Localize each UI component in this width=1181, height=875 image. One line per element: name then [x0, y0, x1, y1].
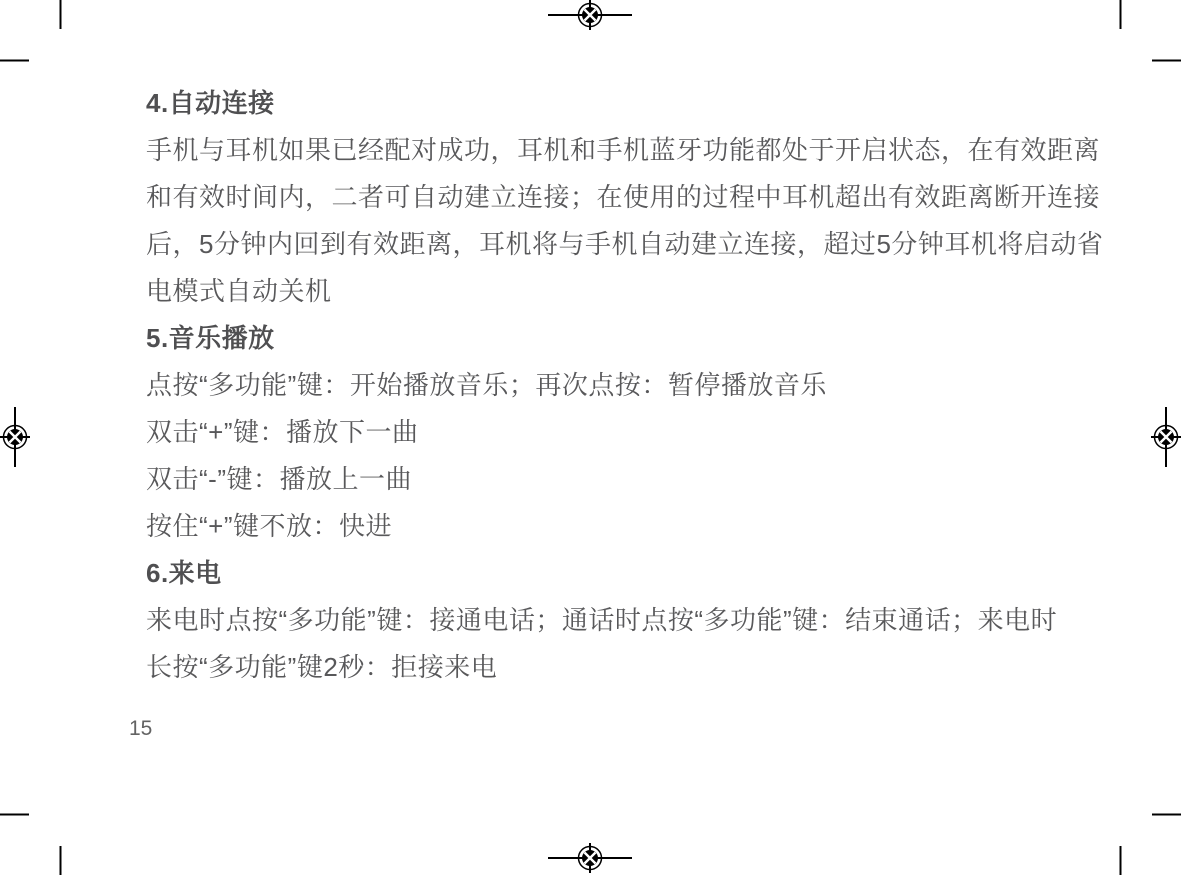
section-6-heading: 6.来电 — [146, 550, 1091, 597]
section-4-line-4: 电模式自动关机 — [146, 268, 1091, 315]
section-5-line-1: 点按“多功能”键：开始播放音乐；再次点按：暂停播放音乐 — [146, 362, 1091, 409]
section-4-heading: 4.自动连接 — [146, 80, 1091, 127]
registration-mark-icon-bottom — [548, 843, 632, 873]
section-5-line-2: 双击“+”键：播放下一曲 — [146, 409, 1091, 456]
section-5-line-3: 双击“-”键：播放上一曲 — [146, 456, 1091, 503]
section-4-line-1: 手机与耳机如果已经配对成功，耳机和手机蓝牙功能都处于开启状态，在有效距离 — [146, 127, 1091, 174]
registration-mark-icon-top — [548, 0, 632, 30]
section-6-line-2: 长按“多功能”键2秒：拒接来电 — [146, 644, 1091, 691]
registration-mark-icon-left — [0, 407, 30, 467]
section-4-line-3: 后，5分钟内回到有效距离，耳机将与手机自动建立连接，超过5分钟耳机将启动省 — [146, 221, 1091, 268]
manual-text: 4.自动连接 手机与耳机如果已经配对成功，耳机和手机蓝牙功能都处于开启状态，在有… — [146, 80, 1091, 691]
section-5-heading: 5.音乐播放 — [146, 315, 1091, 362]
section-5-line-4: 按住“+”键不放：快进 — [146, 503, 1091, 550]
page-number: 15 — [129, 717, 152, 741]
registration-mark-icon-right — [1151, 407, 1181, 467]
section-4-line-2: 和有效时间内，二者可自动建立连接；在使用的过程中耳机超出有效距离断开连接 — [146, 174, 1091, 221]
manual-page: 4.自动连接 手机与耳机如果已经配对成功，耳机和手机蓝牙功能都处于开启状态，在有… — [0, 0, 1181, 875]
section-6-line-1: 来电时点按“多功能”键：接通电话；通话时点按“多功能”键：结束通话；来电时 — [146, 597, 1091, 644]
